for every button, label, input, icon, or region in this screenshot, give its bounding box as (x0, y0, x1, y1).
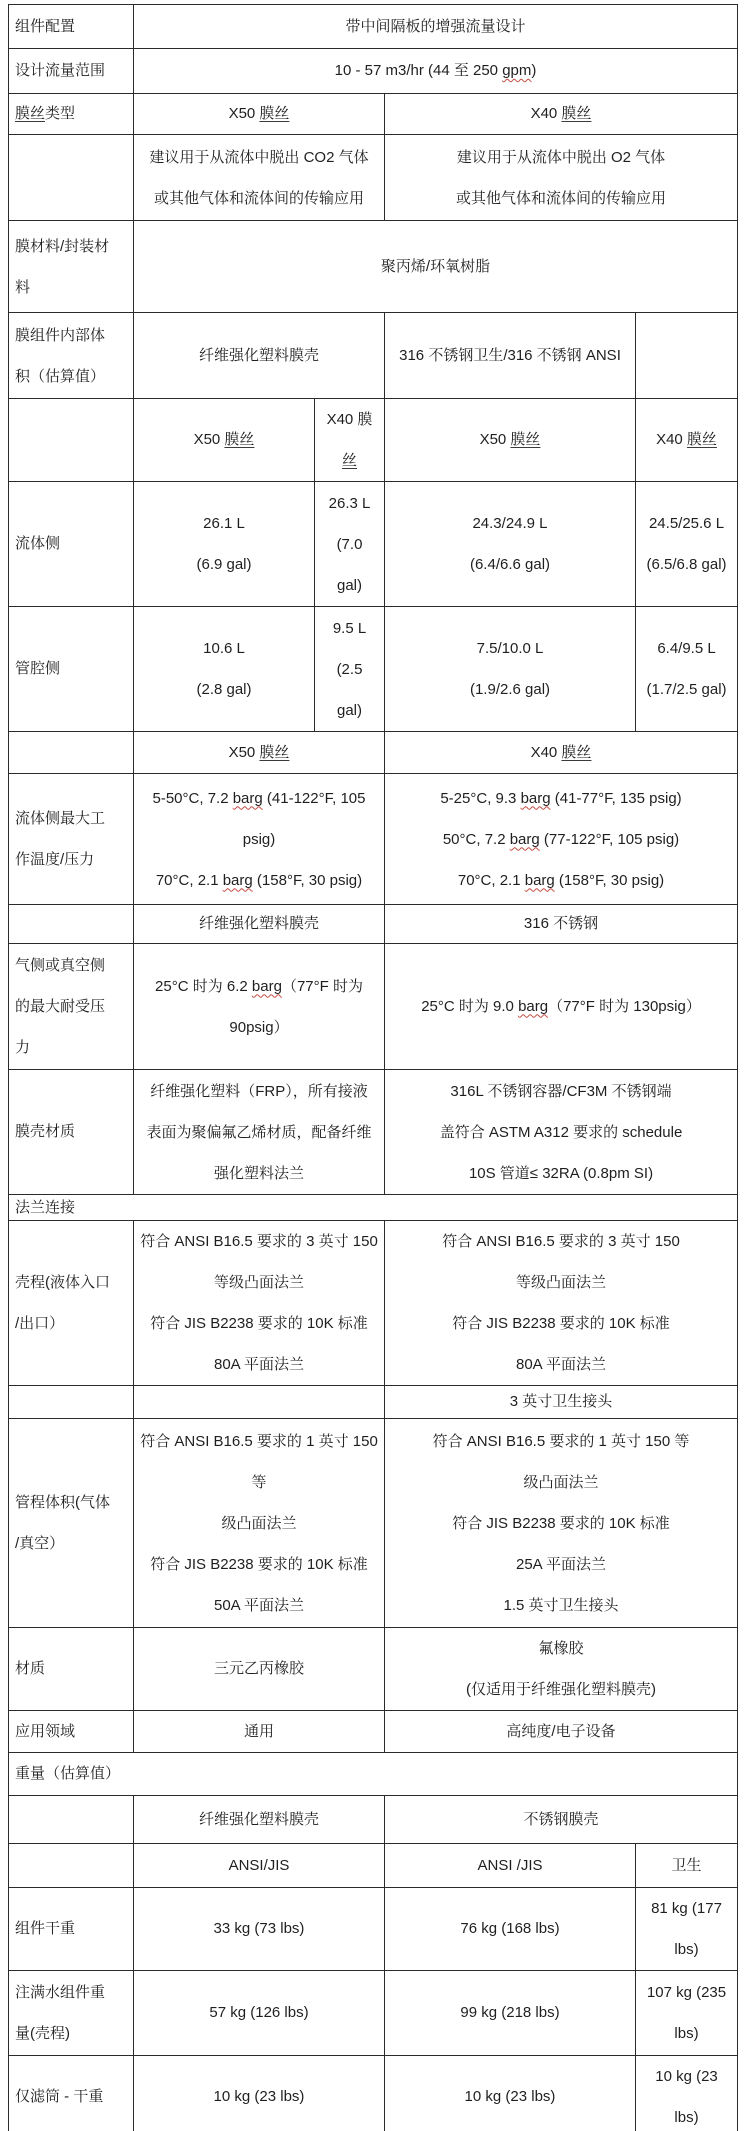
table-cell: X40 膜丝 (636, 399, 738, 482)
row-label: 膜组件内部体积（估算值） (9, 313, 134, 399)
cell-line: 强化塑料法兰 (140, 1153, 378, 1194)
table-row: 组件配置带中间隔板的增强流量设计 (9, 5, 738, 49)
cell-line: X50 膜丝 (140, 430, 308, 450)
proofing-mark: barg (510, 831, 540, 848)
table-cell: 纤维强化塑料膜壳 (134, 905, 385, 944)
cell-line: 10S 管道≤ 32RA (0.8pm SI) (391, 1153, 731, 1194)
cell-line: 注满水组件重 (15, 1972, 127, 2013)
cell-line: 等级凸面法兰 (140, 1262, 378, 1303)
cell-line: 70°C, 2.1 barg (158°F, 30 psig) (391, 860, 731, 901)
table-cell: 316 不锈钢 (385, 905, 738, 944)
row-label: 膜壳材质 (9, 1070, 134, 1195)
table-cell: 3 英寸卫生接头 (385, 1386, 738, 1419)
table-cell: ANSI/JIS (134, 1844, 385, 1888)
section-header-cell: 重量（估算值） (9, 1753, 738, 1796)
table-row: 仅滤筒 - 干重10 kg (23 lbs)10 kg (23 lbs)10 k… (9, 2056, 738, 2131)
row-label: 应用领域 (9, 1711, 134, 1753)
section-header-cell: 法兰连接 (9, 1195, 738, 1221)
cell-line: 纤维强化塑料膜壳 (140, 1810, 378, 1830)
cell-line: 纤维强化塑料膜壳 (140, 346, 378, 366)
table-cell: 10 kg (23 lbs) (134, 2056, 385, 2131)
proofing-mark: barg (252, 978, 282, 995)
cell-line: 25°C 时为 6.2 barg（77°F 时为 (140, 966, 378, 1007)
table-cell: 5-50°C, 7.2 barg (41-122°F, 105psig)70°C… (134, 774, 385, 905)
row-label: 流体侧最大工作温度/压力 (9, 774, 134, 905)
cell-line: 力 (15, 1027, 127, 1068)
cell-line: lbs) (642, 2013, 731, 2054)
table-row: 重量（估算值） (9, 1753, 738, 1796)
table-cell: ANSI /JIS (385, 1844, 636, 1888)
cell-line: 符合 ANSI B16.5 要求的 1 英寸 150 (140, 1421, 378, 1462)
cell-line: 积（估算值） (15, 356, 127, 397)
cell-line: 设计流量范围 (15, 61, 127, 81)
table-cell: 76 kg (168 lbs) (385, 1888, 636, 1971)
cell-line: 或其他气体和流体间的传输应用 (391, 178, 731, 219)
table-cell: 通用 (134, 1711, 385, 1753)
cell-line: 70°C, 2.1 barg (158°F, 30 psig) (140, 860, 378, 901)
cell-line: ANSI /JIS (391, 1856, 629, 1876)
cell-line: gal) (321, 565, 378, 606)
cell-line: 纤维强化塑料（FRP），所有接液 (140, 1071, 378, 1112)
cell-line: 316 不锈钢卫生/316 不锈钢 ANSI (391, 346, 629, 366)
table-row: 注满水组件重量(壳程)57 kg (126 lbs)99 kg (218 lbs… (9, 1971, 738, 2056)
cell-line: 99 kg (218 lbs) (391, 2003, 629, 2023)
table-row: 材质三元乙丙橡胶氟橡胶(仅适用于纤维强化塑料膜壳) (9, 1628, 738, 1711)
cell-line: 料 (15, 267, 127, 308)
table-cell: 316L 不锈钢容器/CF3M 不锈钢端盖符合 ASTM A312 要求的 sc… (385, 1070, 738, 1195)
proofing-mark: barg (233, 790, 263, 807)
table-row: X50 膜丝X40 膜丝 (9, 732, 738, 774)
table-row: 纤维强化塑料膜壳316 不锈钢 (9, 905, 738, 944)
cell-line: 应用领域 (15, 1722, 127, 1742)
row-label (9, 399, 134, 482)
proofing-mark: 膜丝 (561, 744, 591, 761)
spec-sheet: 组件配置带中间隔板的增强流量设计设计流量范围10 - 57 m3/hr (44 … (8, 4, 738, 2131)
cell-line: 高纯度/电子设备 (391, 1722, 731, 1742)
row-label: 组件配置 (9, 5, 134, 49)
row-label (9, 732, 134, 774)
cell-line: 级凸面法兰 (391, 1462, 731, 1503)
table-cell: 卫生 (636, 1844, 738, 1888)
table-cell: 氟橡胶(仅适用于纤维强化塑料膜壳) (385, 1628, 738, 1711)
row-label (9, 1386, 134, 1419)
cell-line: 气侧或真空侧 (15, 945, 127, 986)
cell-line: (2.5 (321, 649, 378, 690)
row-label (9, 135, 134, 221)
cell-line: (7.0 (321, 524, 378, 565)
cell-line: 膜壳材质 (15, 1122, 127, 1142)
proofing-mark: barg (525, 872, 555, 889)
cell-line: psig) (140, 819, 378, 860)
cell-line: 6.4/9.5 L (642, 628, 731, 669)
cell-line: 24.5/25.6 L (642, 503, 731, 544)
cell-line: 10 kg (23 (642, 2056, 731, 2097)
table-cell: 符合 ANSI B16.5 要求的 3 英寸 150等级凸面法兰符合 JIS B… (134, 1221, 385, 1386)
cell-line: 符合 JIS B2238 要求的 10K 标准 (140, 1303, 378, 1344)
table-row: 设计流量范围10 - 57 m3/hr (44 至 250 gpm) (9, 49, 738, 94)
table-cell: 57 kg (126 lbs) (134, 1971, 385, 2056)
cell-line: (6.4/6.6 gal) (391, 544, 629, 585)
cell-line: ANSI/JIS (140, 1856, 378, 1876)
cell-line: 符合 ANSI B16.5 要求的 3 英寸 150 (140, 1221, 378, 1262)
table-cell: 聚丙烯/环氧树脂 (134, 221, 738, 313)
cell-line: 纤维强化塑料膜壳 (140, 914, 378, 934)
table-cell: 25°C 时为 9.0 barg（77°F 时为 130psig） (385, 944, 738, 1070)
cell-line: lbs) (642, 2097, 731, 2131)
table-row: 纤维强化塑料膜壳不锈钢膜壳 (9, 1796, 738, 1844)
table-cell: 26.1 L(6.9 gal) (134, 482, 315, 607)
cell-line: 氟橡胶 (391, 1628, 731, 1669)
cell-line: 10.6 L (140, 628, 308, 669)
table-cell: 10 kg (23lbs) (636, 2056, 738, 2131)
row-label: 管程体积(气体/真空） (9, 1419, 134, 1628)
table-row: 3 英寸卫生接头 (9, 1386, 738, 1419)
cell-line: 25°C 时为 9.0 barg（77°F 时为 130psig） (391, 997, 731, 1017)
cell-line: 流体侧最大工 (15, 798, 127, 839)
table-cell: 纤维强化塑料膜壳 (134, 1796, 385, 1844)
table-cell: 9.5 L(2.5gal) (315, 607, 385, 732)
row-label: 材质 (9, 1628, 134, 1711)
table-cell: X50 膜丝 (385, 399, 636, 482)
table-cell: 10.6 L(2.8 gal) (134, 607, 315, 732)
cell-line: X50 膜丝 (140, 104, 378, 124)
table-cell: 带中间隔板的增强流量设计 (134, 5, 738, 49)
table-cell: 10 kg (23 lbs) (385, 2056, 636, 2131)
cell-line: 50A 平面法兰 (140, 1585, 378, 1626)
cell-line: gal) (321, 690, 378, 731)
table-cell: 不锈钢膜壳 (385, 1796, 738, 1844)
cell-line: 卫生 (642, 1856, 731, 1876)
cell-line: 80A 平面法兰 (140, 1344, 378, 1385)
spec-table: 组件配置带中间隔板的增强流量设计设计流量范围10 - 57 m3/hr (44 … (8, 4, 738, 2131)
table-cell: 99 kg (218 lbs) (385, 1971, 636, 2056)
cell-line: (1.7/2.5 gal) (642, 669, 731, 710)
table-cell: 高纯度/电子设备 (385, 1711, 738, 1753)
cell-line: 等 (140, 1462, 378, 1503)
cell-line: 50°C, 7.2 barg (77-122°F, 105 psig) (391, 819, 731, 860)
cell-line: 壳程(液体入口 (15, 1262, 127, 1303)
proofing-mark: barg (521, 790, 551, 807)
row-label: 注满水组件重量(壳程) (9, 1971, 134, 2056)
row-label: 组件干重 (9, 1888, 134, 1971)
table-cell: 24.3/24.9 L(6.4/6.6 gal) (385, 482, 636, 607)
cell-line: (1.9/2.6 gal) (391, 669, 629, 710)
cell-line: 3 英寸卫生接头 (391, 1392, 731, 1412)
row-label: 气侧或真空侧的最大耐受压力 (9, 944, 134, 1070)
cell-line: lbs) (642, 1929, 731, 1970)
cell-line: (仅适用于纤维强化塑料膜壳) (391, 1669, 731, 1710)
row-label: 流体侧 (9, 482, 134, 607)
cell-line: 符合 JIS B2238 要求的 10K 标准 (391, 1303, 731, 1344)
cell-line: 符合 JIS B2238 要求的 10K 标准 (391, 1503, 731, 1544)
table-cell: 建议用于从流体中脱出 O2 气体或其他气体和流体间的传输应用 (385, 135, 738, 221)
cell-line: 25A 平面法兰 (391, 1544, 731, 1585)
cell-line: 5-50°C, 7.2 barg (41-122°F, 105 (140, 778, 378, 819)
row-label (9, 1844, 134, 1888)
cell-line: 的最大耐受压 (15, 986, 127, 1027)
table-row: 管腔侧10.6 L(2.8 gal)9.5 L(2.5gal)7.5/10.0 … (9, 607, 738, 732)
cell-line: 24.3/24.9 L (391, 503, 629, 544)
proofing-mark: 膜丝 (561, 105, 591, 122)
cell-line: 90psig） (140, 1007, 378, 1048)
row-label: 设计流量范围 (9, 49, 134, 94)
proofing-mark: 膜丝 (687, 431, 717, 448)
cell-line: 符合 JIS B2238 要求的 10K 标准 (140, 1544, 378, 1585)
row-label: 壳程(液体入口/出口） (9, 1221, 134, 1386)
cell-line: 建议用于从流体中脱出 CO2 气体 (140, 137, 378, 178)
table-cell: 建议用于从流体中脱出 CO2 气体或其他气体和流体间的传输应用 (134, 135, 385, 221)
table-cell: 107 kg (235lbs) (636, 1971, 738, 2056)
table-cell: 符合 ANSI B16.5 要求的 3 英寸 150等级凸面法兰符合 JIS B… (385, 1221, 738, 1386)
cell-line: 作温度/压力 (15, 839, 127, 880)
table-row: 流体侧最大工作温度/压力5-50°C, 7.2 barg (41-122°F, … (9, 774, 738, 905)
table-row: X50 膜丝X40 膜丝X50 膜丝X40 膜丝 (9, 399, 738, 482)
proofing-mark: 丝 (342, 452, 357, 469)
cell-line: 10 - 57 m3/hr (44 至 250 gpm) (140, 61, 731, 81)
cell-line: 26.1 L (140, 503, 308, 544)
cell-line: 仅滤筒 - 干重 (15, 2087, 127, 2107)
cell-line: X40 膜丝 (391, 104, 731, 124)
cell-line: 流体侧 (15, 534, 127, 554)
table-row: 建议用于从流体中脱出 CO2 气体或其他气体和流体间的传输应用建议用于从流体中脱… (9, 135, 738, 221)
cell-line: 盖符合 ASTM A312 要求的 schedule (391, 1112, 731, 1153)
table-cell: 5-25°C, 9.3 barg (41-77°F, 135 psig)50°C… (385, 774, 738, 905)
table-row: 流体侧26.1 L(6.9 gal)26.3 L(7.0gal)24.3/24.… (9, 482, 738, 607)
table-cell: 316 不锈钢卫生/316 不锈钢 ANSI (385, 313, 636, 399)
table-cell: X50 膜丝 (134, 732, 385, 774)
proofing-mark: gpm (502, 62, 531, 79)
table-row: 管程体积(气体/真空）符合 ANSI B16.5 要求的 1 英寸 150等级凸… (9, 1419, 738, 1628)
proofing-mark: 膜丝 (224, 431, 254, 448)
cell-line: X50 膜丝 (140, 743, 378, 763)
spec-table-body: 组件配置带中间隔板的增强流量设计设计流量范围10 - 57 m3/hr (44 … (9, 5, 738, 2131)
cell-line: 聚丙烯/环氧树脂 (140, 257, 731, 277)
cell-line: 81 kg (177 (642, 1888, 731, 1929)
cell-line: 33 kg (73 lbs) (140, 1919, 378, 1939)
cell-line: 符合 ANSI B16.5 要求的 3 英寸 150 (391, 1221, 731, 1262)
table-cell: 10 - 57 m3/hr (44 至 250 gpm) (134, 49, 738, 94)
cell-line: X40 膜丝 (642, 430, 731, 450)
proofing-mark: 膜丝 (510, 431, 540, 448)
table-cell (134, 1386, 385, 1419)
cell-line: 不锈钢膜壳 (391, 1810, 731, 1830)
cell-line: 80A 平面法兰 (391, 1344, 731, 1385)
cell-line: 重量（估算值） (15, 1764, 731, 1784)
cell-line: /真空） (15, 1523, 127, 1564)
table-cell: 24.5/25.6 L(6.5/6.8 gal) (636, 482, 738, 607)
cell-line: 建议用于从流体中脱出 O2 气体 (391, 137, 731, 178)
table-row: ANSI/JISANSI /JIS卫生 (9, 1844, 738, 1888)
cell-line: 膜丝类型 (15, 104, 127, 124)
cell-line: 316L 不锈钢容器/CF3M 不锈钢端 (391, 1071, 731, 1112)
cell-line: 316 不锈钢 (391, 914, 731, 934)
proofing-mark: 膜丝 (259, 744, 289, 761)
cell-line: 1.5 英寸卫生接头 (391, 1585, 731, 1626)
table-row: 法兰连接 (9, 1195, 738, 1221)
cell-line: 7.5/10.0 L (391, 628, 629, 669)
cell-line: 管程体积(气体 (15, 1482, 127, 1523)
cell-line: 丝 (321, 440, 378, 481)
cell-line: 带中间隔板的增强流量设计 (140, 17, 731, 37)
table-row: 壳程(液体入口/出口）符合 ANSI B16.5 要求的 3 英寸 150等级凸… (9, 1221, 738, 1386)
table-cell: 7.5/10.0 L(1.9/2.6 gal) (385, 607, 636, 732)
cell-line: (6.5/6.8 gal) (642, 544, 731, 585)
row-label: 管腔侧 (9, 607, 134, 732)
table-cell: 6.4/9.5 L(1.7/2.5 gal) (636, 607, 738, 732)
cell-line: 膜组件内部体 (15, 315, 127, 356)
proofing-mark: 膜丝 (15, 105, 45, 122)
row-label: 仅滤筒 - 干重 (9, 2056, 134, 2131)
table-cell (636, 313, 738, 399)
cell-line: 通用 (140, 1722, 378, 1742)
cell-line: 量(壳程) (15, 2013, 127, 2054)
table-row: 组件干重33 kg (73 lbs)76 kg (168 lbs)81 kg (… (9, 1888, 738, 1971)
proofing-mark: 膜丝 (259, 105, 289, 122)
row-label: 膜材料/封装材料 (9, 221, 134, 313)
table-cell: 符合 ANSI B16.5 要求的 1 英寸 150 等级凸面法兰符合 JIS … (385, 1419, 738, 1628)
cell-line: 符合 ANSI B16.5 要求的 1 英寸 150 等 (391, 1421, 731, 1462)
cell-line: 组件干重 (15, 1919, 127, 1939)
table-cell: 符合 ANSI B16.5 要求的 1 英寸 150等级凸面法兰符合 JIS B… (134, 1419, 385, 1628)
table-cell: 81 kg (177lbs) (636, 1888, 738, 1971)
cell-line: 等级凸面法兰 (391, 1262, 731, 1303)
table-cell: X40 膜丝 (315, 399, 385, 482)
table-row: 气侧或真空侧的最大耐受压力25°C 时为 6.2 barg（77°F 时为90p… (9, 944, 738, 1070)
cell-line: 9.5 L (321, 608, 378, 649)
table-cell: X50 膜丝 (134, 399, 315, 482)
cell-line: X40 膜丝 (391, 743, 731, 763)
cell-line: 26.3 L (321, 483, 378, 524)
table-row: 应用领域通用高纯度/电子设备 (9, 1711, 738, 1753)
table-row: 膜材料/封装材料聚丙烯/环氧树脂 (9, 221, 738, 313)
cell-line: 材质 (15, 1659, 127, 1679)
cell-line: 组件配置 (15, 17, 127, 37)
cell-line: 法兰连接 (15, 1198, 731, 1218)
cell-line: 表面为聚偏氟乙烯材质，配备纤维 (140, 1112, 378, 1153)
table-cell: X50 膜丝 (134, 94, 385, 135)
cell-line: 级凸面法兰 (140, 1503, 378, 1544)
table-cell: 26.3 L(7.0gal) (315, 482, 385, 607)
table-row: 膜丝类型X50 膜丝X40 膜丝 (9, 94, 738, 135)
row-label (9, 1796, 134, 1844)
table-cell: 纤维强化塑料膜壳 (134, 313, 385, 399)
cell-line: 管腔侧 (15, 659, 127, 679)
row-label: 膜丝类型 (9, 94, 134, 135)
cell-line: 5-25°C, 9.3 barg (41-77°F, 135 psig) (391, 778, 731, 819)
cell-line: 或其他气体和流体间的传输应用 (140, 178, 378, 219)
proofing-mark: barg (518, 998, 548, 1015)
cell-line: (6.9 gal) (140, 544, 308, 585)
cell-line: 三元乙丙橡胶 (140, 1659, 378, 1679)
row-label (9, 905, 134, 944)
table-cell: 25°C 时为 6.2 barg（77°F 时为90psig） (134, 944, 385, 1070)
cell-line: 10 kg (23 lbs) (391, 2087, 629, 2107)
cell-line: X40 膜 (321, 399, 378, 440)
cell-line: /出口） (15, 1303, 127, 1344)
cell-line: 76 kg (168 lbs) (391, 1919, 629, 1939)
cell-line: 膜材料/封装材 (15, 226, 127, 267)
table-row: 膜组件内部体积（估算值）纤维强化塑料膜壳316 不锈钢卫生/316 不锈钢 AN… (9, 313, 738, 399)
cell-line: 10 kg (23 lbs) (140, 2087, 378, 2107)
cell-line: 107 kg (235 (642, 1972, 731, 2013)
table-cell: X40 膜丝 (385, 732, 738, 774)
cell-line: (2.8 gal) (140, 669, 308, 710)
cell-line: X50 膜丝 (391, 430, 629, 450)
table-cell: X40 膜丝 (385, 94, 738, 135)
cell-line: 57 kg (126 lbs) (140, 2003, 378, 2023)
table-cell: 33 kg (73 lbs) (134, 1888, 385, 1971)
proofing-mark: barg (223, 872, 253, 889)
table-row: 膜壳材质纤维强化塑料（FRP），所有接液表面为聚偏氟乙烯材质，配备纤维强化塑料法… (9, 1070, 738, 1195)
table-cell: 纤维强化塑料（FRP），所有接液表面为聚偏氟乙烯材质，配备纤维强化塑料法兰 (134, 1070, 385, 1195)
table-cell: 三元乙丙橡胶 (134, 1628, 385, 1711)
